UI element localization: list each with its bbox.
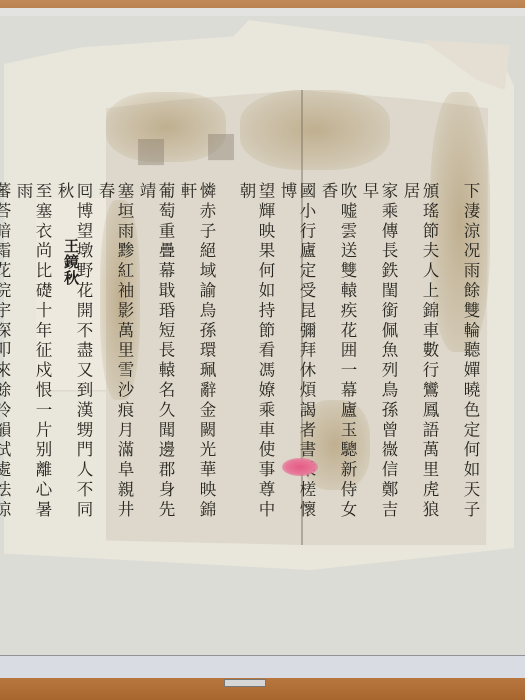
mounting-board-edge	[0, 655, 525, 678]
text-column: 下淒涼况雨餘雙輪聽嬋曉色定何如天子	[439, 182, 480, 522]
text-column: 頒瑤節夫人上錦車數行鸞鳳語萬里虎狼居	[398, 182, 439, 522]
text-column: 蕃荅暗霜花院宇深叩來餘冷韻拭處怯涼陰	[0, 182, 11, 522]
water-stain	[240, 90, 390, 170]
text-column: 塞垣雨黪紅袖影萬里雪沙痕月滿阜親井春	[93, 182, 134, 522]
text-column: 吹嘘雲送雙轅疾花囲一幕廬玉驄新侍女香	[316, 182, 357, 522]
text-column: 望輝映果何如持節看馮嫽乘車使事尊中朝	[234, 182, 275, 522]
small-label-tag	[224, 679, 266, 687]
text-column: 葡萄重疊幕戢琘短長轅名久聞邊郡身先靖	[134, 182, 175, 522]
manuscript-text: 下淒涼况雨餘雙輪聽嬋曉色定何如天子 頒瑤節夫人上錦車數行鸞鳳語萬里虎狼居 家乘傳…	[0, 182, 480, 522]
red-seal	[282, 458, 318, 476]
text-column: 囘博望墩野花開不盡又到漢甥門人不同秋	[52, 182, 93, 522]
text-column: 至塞衣尚比礎十年征戍恨一片别離心暑雨	[11, 182, 52, 522]
text-column: 憐赤子絕域諭烏孫環珮辭金闕光華映錦軒	[175, 182, 216, 522]
ghost-seal-imprint: ■	[135, 130, 167, 170]
text-column: 家乘傳長鉄閨銜佩魚列鳥孫曾嶶信鄭吉早	[357, 182, 398, 522]
ghost-seal-imprint: ■	[205, 125, 237, 165]
